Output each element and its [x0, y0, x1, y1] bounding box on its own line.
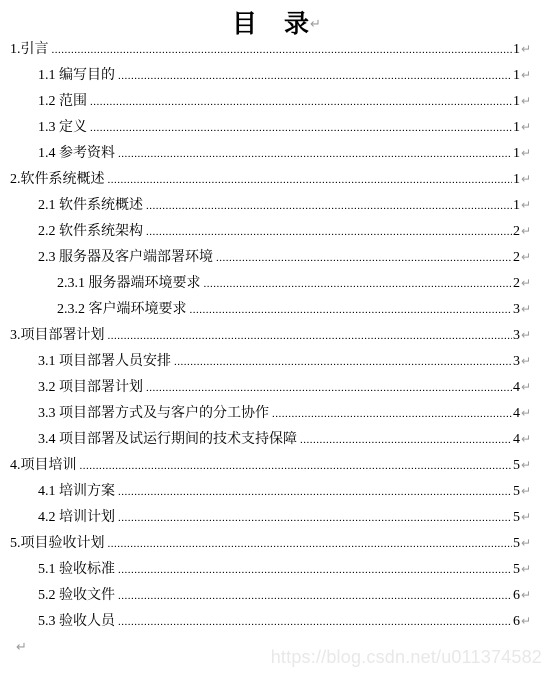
toc-entry-label: 2.3.1 服务器端环境要求	[57, 271, 201, 297]
toc-entry[interactable]: 5.项目验收计划 5 ↵	[10, 530, 521, 556]
dot-leader	[118, 505, 512, 531]
toc-entry-page-number: 1	[513, 63, 520, 89]
toc-entry-label: 2.软件系统概述	[10, 167, 105, 193]
toc-entry-page-number: 1	[513, 37, 520, 63]
dot-leader	[190, 297, 513, 323]
paragraph-mark-icon: ↵	[521, 478, 533, 504]
toc-entry-label: 3.3 项目部署方式及与客户的分工协作	[38, 401, 269, 427]
toc-entry[interactable]: 4.项目培训 5 ↵	[10, 452, 521, 478]
toc-entry-page-number: 6	[513, 609, 520, 635]
paragraph-mark-icon: ↵	[521, 218, 533, 244]
toc-entry[interactable]: 1.2 范围 1 ↵	[10, 88, 521, 114]
toc-entry-page-number: 5	[513, 531, 520, 557]
toc-entry-page-number: 4	[513, 375, 520, 401]
toc-entry-page-number: 1	[513, 115, 520, 141]
paragraph-mark-icon: ↵	[521, 88, 533, 114]
paragraph-mark-icon: ↵	[521, 140, 533, 166]
document-page: { "page": { "title": "目 录", "pilcrow_cha…	[0, 0, 553, 675]
toc-entry-page-number: 3	[513, 297, 520, 323]
toc-entry[interactable]: 2.2 软件系统架构 2 ↵	[10, 218, 521, 244]
paragraph-mark-icon: ↵	[521, 270, 533, 296]
toc-entry-label: 5.3 验收人员	[38, 609, 115, 635]
toc-entry-page-number: 5	[513, 505, 520, 531]
paragraph-mark-icon: ↵	[521, 348, 533, 374]
toc-entry-label: 4.项目培训	[10, 453, 77, 479]
toc-entry-label: 2.2 软件系统架构	[38, 219, 143, 245]
dot-leader	[204, 271, 513, 297]
toc-entry[interactable]: 2.3.1 服务器端环境要求 2 ↵	[10, 270, 521, 296]
toc-entry[interactable]: 3.项目部署计划 3 ↵	[10, 322, 521, 348]
paragraph-mark-icon: ↵	[521, 400, 533, 426]
toc-entry-label: 5.1 验收标准	[38, 557, 115, 583]
paragraph-mark-icon: ↵	[521, 556, 533, 582]
toc-entry-page-number: 3	[513, 323, 520, 349]
paragraph-mark-icon: ↵	[521, 452, 533, 478]
dot-leader	[146, 193, 512, 219]
toc-title: 目 录↵	[0, 4, 553, 40]
toc-entry[interactable]: 1.1 编写目的 1 ↵	[10, 62, 521, 88]
dot-leader	[108, 167, 513, 193]
toc-entry-page-number: 5	[513, 453, 520, 479]
toc-entry[interactable]: 2.3.2 客户端环境要求 3 ↵	[10, 296, 521, 322]
toc-entry-label: 5.项目验收计划	[10, 531, 105, 557]
toc-entry-label: 1.4 参考资料	[38, 141, 115, 167]
dot-leader	[118, 557, 512, 583]
toc-entry-page-number: 6	[513, 583, 520, 609]
dot-leader	[146, 375, 512, 401]
toc-entry[interactable]: 1.引言 1 ↵	[10, 36, 521, 62]
paragraph-mark-icon: ↵	[521, 36, 533, 62]
toc-entry[interactable]: 5.2 验收文件 6 ↵	[10, 582, 521, 608]
dot-leader	[108, 323, 513, 349]
toc-entry[interactable]: 2.3 服务器及客户端部署环境 2 ↵	[10, 244, 521, 270]
toc-entry-label: 1.2 范围	[38, 89, 87, 115]
toc-entry[interactable]: 1.4 参考资料 1 ↵	[10, 140, 521, 166]
dot-leader	[118, 479, 512, 505]
toc-entry-page-number: 2	[513, 219, 520, 245]
dot-leader	[272, 401, 512, 427]
toc-entry-page-number: 1	[513, 167, 520, 193]
paragraph-mark-icon: ↵	[521, 504, 533, 530]
dot-leader	[118, 141, 512, 167]
toc-entry-label: 1.3 定义	[38, 115, 87, 141]
paragraph-mark-icon: ↵	[521, 296, 533, 322]
paragraph-mark-icon: ↵	[521, 530, 533, 556]
dot-leader	[174, 349, 512, 375]
dot-leader	[118, 609, 512, 635]
toc-entry[interactable]: 1.3 定义 1 ↵	[10, 114, 521, 140]
toc-entry[interactable]: 3.4 项目部署及试运行期间的技术支持保障 4 ↵	[10, 426, 521, 452]
toc-entry[interactable]: 3.3 项目部署方式及与客户的分工协作 4 ↵	[10, 400, 521, 426]
dot-leader	[80, 453, 513, 479]
dot-leader	[118, 583, 512, 609]
toc-entry-page-number: 4	[513, 401, 520, 427]
toc-entry-label: 2.3 服务器及客户端部署环境	[38, 245, 213, 271]
toc-entry-label: 2.3.2 客户端环境要求	[57, 297, 187, 323]
toc-entry-label: 3.1 项目部署人员安排	[38, 349, 171, 375]
toc-entry-page-number: 3	[513, 349, 520, 375]
toc-entry-page-number: 1	[513, 141, 520, 167]
toc-entry[interactable]: 5.3 验收人员 6 ↵	[10, 608, 521, 634]
toc-entry-page-number: 5	[513, 557, 520, 583]
toc-entry[interactable]: 2.软件系统概述 1 ↵	[10, 166, 521, 192]
toc-entry[interactable]: 3.2 项目部署计划 4 ↵	[10, 374, 521, 400]
toc-entry-page-number: 4	[513, 427, 520, 453]
dot-leader	[118, 63, 512, 89]
toc-entry-page-number: 2	[513, 245, 520, 271]
paragraph-mark-icon: ↵	[521, 244, 533, 270]
toc-title-text: 目 录	[232, 11, 310, 38]
toc-entry[interactable]: 5.1 验收标准 5 ↵	[10, 556, 521, 582]
toc-entry[interactable]: 2.1 软件系统概述 1 ↵	[10, 192, 521, 218]
toc-entry-label: 1.1 编写目的	[38, 63, 115, 89]
dot-leader	[90, 115, 512, 141]
toc-entry-page-number: 2	[513, 271, 520, 297]
toc-entry-label: 3.项目部署计划	[10, 323, 105, 349]
paragraph-mark-icon: ↵	[521, 114, 533, 140]
toc-entry[interactable]: 3.1 项目部署人员安排 3 ↵	[10, 348, 521, 374]
toc-entry[interactable]: 4.2 培训计划 5 ↵	[10, 504, 521, 530]
paragraph-mark-icon: ↵	[521, 374, 533, 400]
toc-entry-page-number: 1	[513, 89, 520, 115]
toc-entry-label: 2.1 软件系统概述	[38, 193, 143, 219]
toc-entry-label: 4.2 培训计划	[38, 505, 115, 531]
toc-entry[interactable]: 4.1 培训方案 5 ↵	[10, 478, 521, 504]
dot-leader	[52, 37, 513, 63]
paragraph-mark-icon: ↵	[16, 640, 27, 655]
toc-list: 1.引言 1 ↵ 1.1 编写目的 1 ↵ 1.2 范围 1 ↵ 1.3 定义 …	[10, 36, 521, 660]
paragraph-mark-icon: ↵	[521, 426, 533, 452]
toc-entry-page-number: 5	[513, 479, 520, 505]
dot-leader	[300, 427, 512, 453]
toc-entry-label: 3.2 项目部署计划	[38, 375, 143, 401]
watermark-text: https://blog.csdn.net/u011374582	[271, 647, 542, 668]
paragraph-mark-icon: ↵	[521, 62, 533, 88]
paragraph-mark-icon: ↵	[521, 582, 533, 608]
dot-leader	[108, 531, 513, 557]
dot-leader	[216, 245, 512, 271]
paragraph-mark-icon: ↵	[521, 192, 533, 218]
paragraph-mark-icon: ↵	[310, 17, 321, 32]
paragraph-mark-icon: ↵	[521, 322, 533, 348]
toc-entry-page-number: 1	[513, 193, 520, 219]
toc-entry-label: 3.4 项目部署及试运行期间的技术支持保障	[38, 427, 297, 453]
toc-entry-label: 1.引言	[10, 37, 49, 63]
dot-leader	[146, 219, 512, 245]
paragraph-mark-icon: ↵	[521, 608, 533, 634]
toc-entry-label: 4.1 培训方案	[38, 479, 115, 505]
paragraph-mark-icon: ↵	[521, 166, 533, 192]
dot-leader	[90, 89, 512, 115]
toc-entry-label: 5.2 验收文件	[38, 583, 115, 609]
